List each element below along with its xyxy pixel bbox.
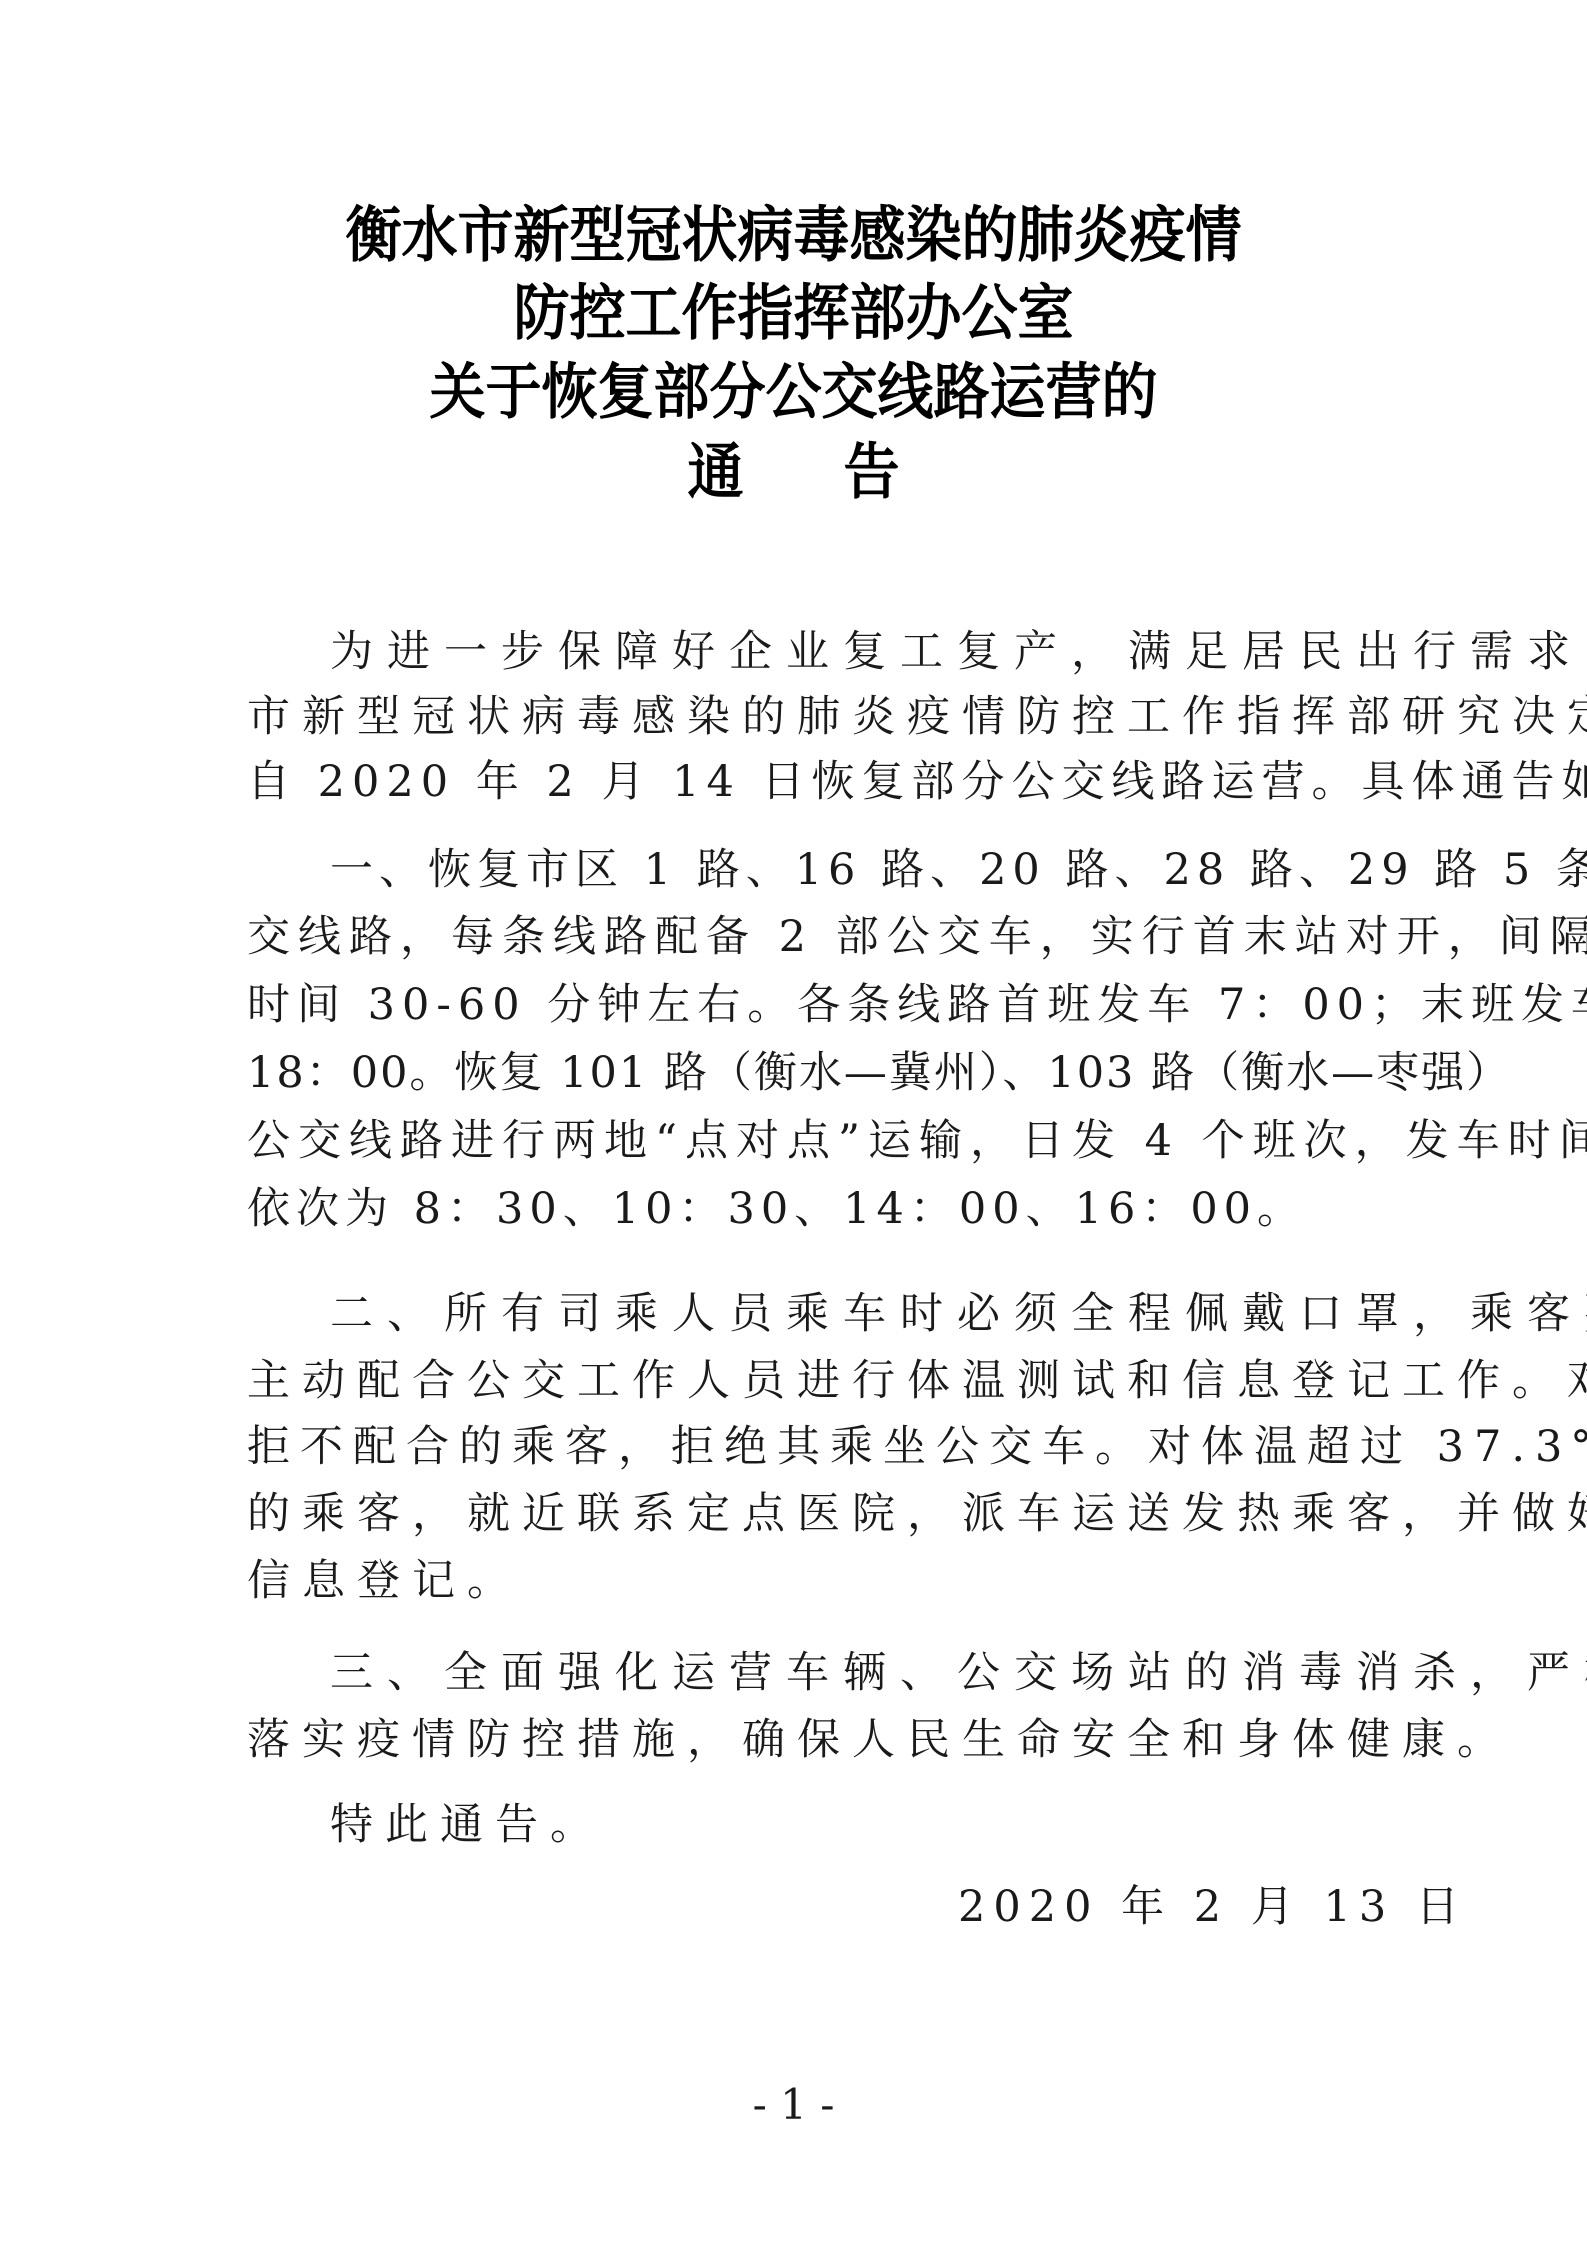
document-page: 衡水市新型冠状病毒感染的肺炎疫情 防控工作指挥部办公室 关于恢复部分公交线路运营…: [0, 0, 1587, 2245]
body-line: 二、所有司乘人员乘车时必须全程佩戴口罩，乘客要: [330, 1289, 1430, 1339]
body-line: 公交线路进行两地“点对点”运输，日发 4 个班次，发车时间: [247, 1116, 1347, 1166]
body-line: 自 2020 年 2 月 14 日恢复部分公交线路运营。具体通告如下：: [247, 757, 1347, 807]
body-line: 依次为 8：30、10：30、14：00、16：00。: [247, 1184, 1347, 1234]
body-line: 18：00。恢复 101 路（衡水—冀州）、103 路（衡水—枣强）: [247, 1048, 1347, 1098]
issue-date: 2020 年 2 月 13 日: [958, 1882, 1467, 1932]
body-line: 时间 30-60 分钟左右。各条线路首班发车 7：00；末班发车: [247, 980, 1347, 1030]
body-line: 为进一步保障好企业复工复产，满足居民出行需求，经: [330, 627, 1430, 677]
body-line: 三、全面强化运营车辆、公交场站的消毒消杀，严格: [330, 1648, 1430, 1698]
body-line: 信息登记。: [247, 1556, 1347, 1606]
title-line-1: 衡水市新型冠状病毒感染的肺炎疫情: [0, 203, 1587, 268]
body-line: 交线路，每条线路配备 2 部公交车，实行首末站对开，间隔: [247, 912, 1347, 962]
closing-statement: 特此通告。: [330, 1800, 1430, 1850]
page-number: - 1 -: [0, 2080, 1587, 2130]
body-line: 市新型冠状病毒感染的肺炎疫情防控工作指挥部研究决定，: [247, 692, 1347, 742]
body-line: 的乘客，就近联系定点医院，派车运送发热乘客，并做好: [247, 1489, 1347, 1539]
title-line-2: 防控工作指挥部办公室: [0, 281, 1587, 346]
body-line: 一、恢复市区 1 路、16 路、20 路、28 路、29 路 5 条公: [330, 845, 1430, 895]
title-line-4: 通告: [0, 440, 1587, 505]
title-line-3: 关于恢复部分公交线路运营的: [0, 360, 1587, 425]
body-line: 主动配合公交工作人员进行体温测试和信息登记工作。对: [247, 1356, 1347, 1406]
body-line: 落实疫情防控措施，确保人民生命安全和身体健康。: [247, 1715, 1347, 1765]
body-line: 拒不配合的乘客，拒绝其乘坐公交车。对体温超过 37.3℃: [247, 1422, 1347, 1472]
